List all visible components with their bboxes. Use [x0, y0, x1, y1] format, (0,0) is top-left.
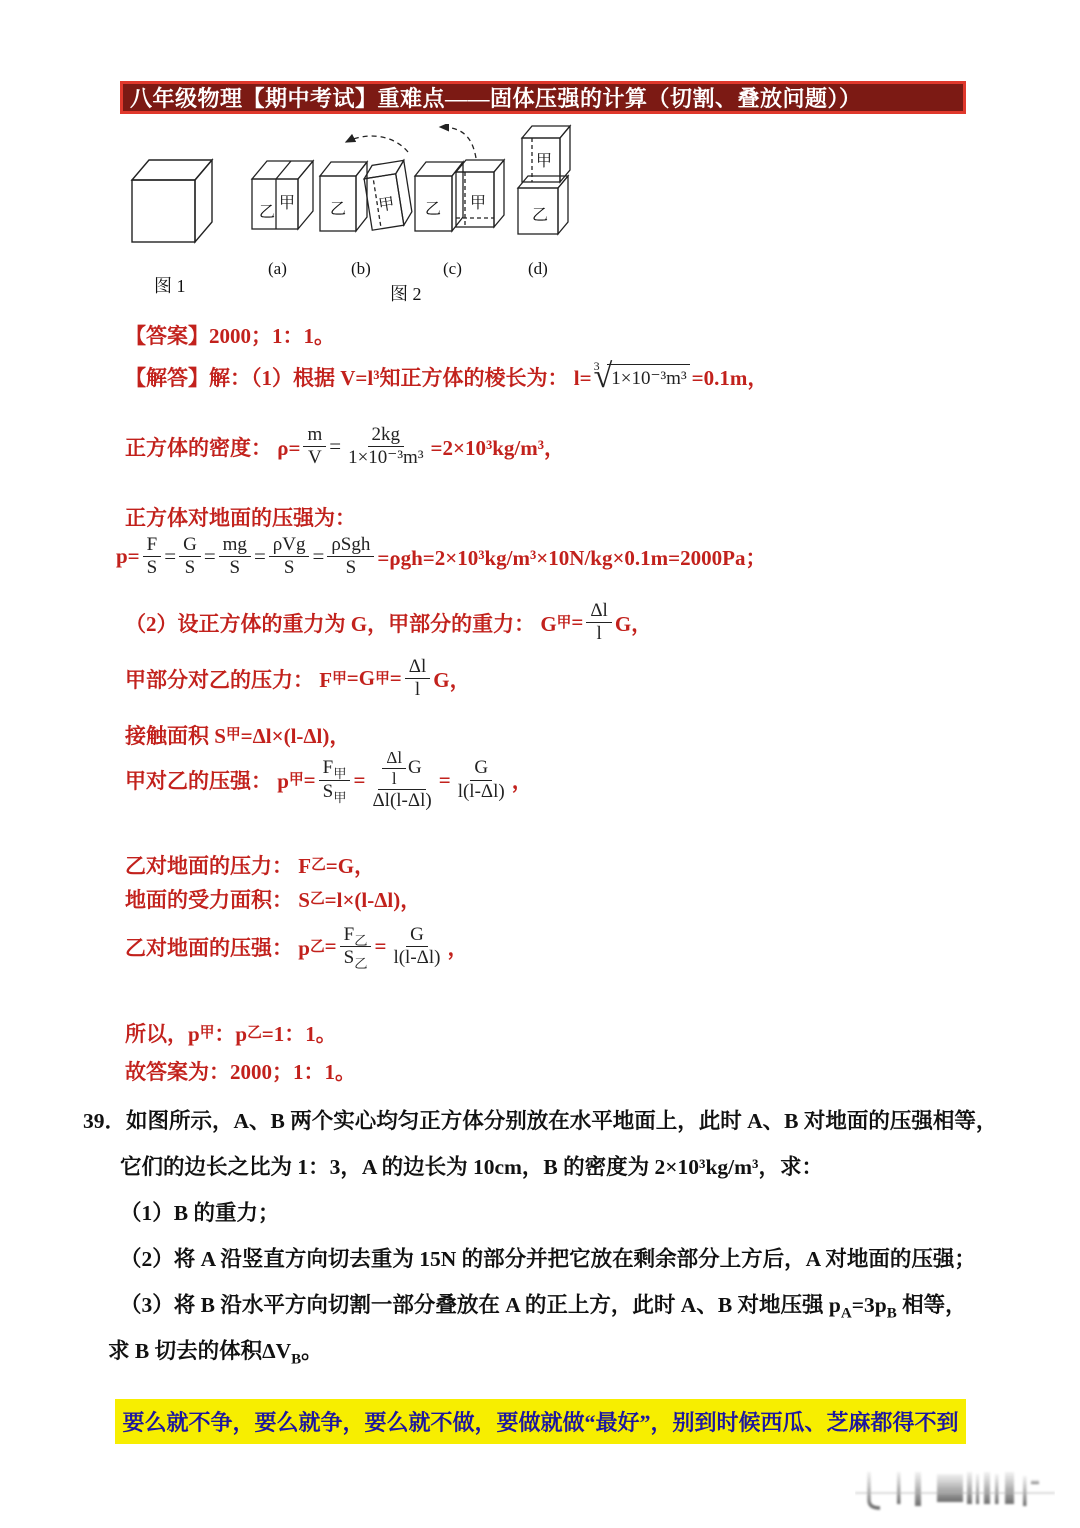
solution-line-13: 故答案为：2000；1：1。: [125, 1056, 356, 1086]
solution-line-11: 乙对地面的压强： p乙 = F乙S乙 = Gl(l-Δl) ，: [125, 924, 469, 970]
solution-line-4: p= FS = GS = mgS = ρVgS = ρSghS =ρgh=2×1…: [116, 534, 766, 580]
solution-text: 地面的受力面积： S: [125, 884, 310, 914]
title-banner: 八年级物理【期中考试】重难点——固体压强的计算（切割、叠放问题））: [120, 81, 966, 114]
fig2d-jia-label: 甲: [536, 152, 552, 170]
cube-root-expression: 3√1×10⁻³m³: [594, 360, 690, 394]
problem-39-q1: （1）B 的重力；: [120, 1190, 1000, 1236]
fig2a-sublabel: (a): [268, 259, 287, 278]
solution-text: 正方体的密度： ρ=: [125, 432, 300, 462]
fraction-F-S: FS: [143, 534, 162, 580]
motto-text: 要么就不争，要么就争，要么就不做，要做就做“最好”，别到时候西瓜、芝麻都得不到: [122, 1406, 958, 1437]
fraction-Fjia-Sjia: F甲S甲: [319, 757, 351, 803]
equals-sign: =: [390, 666, 402, 691]
solution-text: =l×(l-Δl)，: [325, 884, 422, 914]
problem-39: 39．如图所示，A、B 两个实心均匀正方体分别放在水平地面上，此时 A、B 对地…: [83, 1098, 1000, 1374]
equals-sign: =: [439, 768, 451, 793]
solution-line-2: 正方体的密度： ρ= mV = 2kg1×10⁻³m³ =2×10³kg/m³，: [125, 424, 565, 470]
solution-line-1: 【解答】解：（1）根据 V=l³知正方体的棱长为： l= 3√1×10⁻³m³ …: [125, 360, 768, 394]
solution-line-5: （2）设正方体的重力为 G，甲部分的重力： G甲 = Δll G，: [125, 600, 652, 646]
problem-39-statement: 39．如图所示，A、B 两个实心均匀正方体分别放在水平地面上，此时 A、B 对地…: [83, 1098, 1000, 1190]
fig2d-yi-label: 乙: [532, 207, 548, 224]
fraction-dl-l: Δll: [405, 656, 431, 702]
worksheet-page: 八年级物理【期中考试】重难点——固体压强的计算（切割、叠放问题）） 乙: [0, 0, 1080, 1528]
equals-sign: =: [329, 434, 341, 459]
fig1-caption: 图 1: [154, 276, 186, 296]
solution-line-6: 甲部分对乙的压力： F甲 =G甲 = Δll G，: [125, 656, 471, 702]
problem-number: 39．: [83, 1109, 126, 1133]
fig2a-yi-label: 乙: [259, 204, 275, 221]
equals-sign: =: [204, 544, 216, 569]
equals-sign: =: [312, 544, 324, 569]
solution-text: 接触面积 S: [125, 720, 226, 750]
fraction-mg-S: mgS: [219, 534, 251, 580]
fraction-G-over-l: Gl(l-Δl): [389, 924, 444, 970]
fraction-nested: ΔllGΔl(l-Δl): [368, 748, 435, 813]
fig2b-yi-label: 乙: [330, 201, 346, 218]
answer-value: 2000；1：1。: [209, 320, 335, 350]
solution-line-3: 正方体对地面的压强为：: [125, 502, 356, 532]
solution-text: =1：1。: [262, 1018, 337, 1048]
fig2c-sublabel: (c): [443, 259, 462, 278]
solution-text: =ρgh=2×10³kg/m³×10N/kg×0.1m=2000Pa；: [377, 542, 766, 572]
solution-text: ，: [512, 765, 533, 795]
solution-text: =0.1m，: [692, 362, 769, 392]
radicand: 1×10⁻³m³: [607, 364, 689, 390]
solution-line-7: 接触面积 S甲 =Δl×(l-Δl)，: [125, 720, 350, 750]
solution-text: （2）设正方体的重力为 G，甲部分的重力： G: [125, 608, 557, 638]
fig2-caption: 图 2: [390, 284, 422, 304]
cube-diagram: 乙 甲 乙 甲: [118, 124, 588, 314]
equals-sign: =: [353, 768, 365, 793]
solution-text: =G: [347, 666, 375, 691]
fig2c-jia-label: 甲: [470, 194, 486, 212]
problem-39-q3: （3）将 B 沿水平方向切割一部分叠放在 A 的正上方，此时 A、B 对地压强 …: [120, 1282, 1000, 1328]
solution-line-10: 地面的受力面积： S乙 =l×(l-Δl)，: [125, 884, 421, 914]
equals-sign: =: [571, 610, 583, 635]
solution-line-9: 乙对地面的压力： F乙 =G，: [125, 850, 375, 880]
solution-text: 【解答】解：（1）根据 V=l³知正方体的棱长为： l=: [125, 362, 592, 392]
equals-sign: =: [304, 768, 316, 793]
subscript-A: A: [841, 1305, 852, 1321]
fraction-2kg: 2kg1×10⁻³m³: [344, 424, 427, 470]
solution-text: 甲对乙的压强： p: [125, 765, 289, 795]
subscript-B: B: [291, 1351, 301, 1367]
fraction-rhoSgh-S: ρSghS: [327, 534, 374, 580]
solution-line-8: 甲对乙的压强： p甲 = F甲S甲 = ΔllGΔl(l-Δl) = Gl(l-…: [125, 748, 533, 813]
fig2d-sublabel: (d): [528, 259, 548, 278]
solution-text: p=: [116, 544, 140, 569]
solution-text: ：p: [214, 1018, 247, 1048]
solution-text: 故答案为：2000；1：1。: [125, 1056, 356, 1086]
fraction-G-S: GS: [179, 534, 201, 580]
fraction-dl-l: Δll: [586, 600, 612, 646]
equals-sign: =: [254, 544, 266, 569]
solution-text: 乙对地面的压力： F: [125, 850, 311, 880]
problem-39-q2: （2）将 A 沿竖直方向切去重为 15N 的部分并把它放在剩余部分上方后，A 对…: [120, 1236, 1000, 1282]
solution-text: 所以，p: [125, 1018, 200, 1048]
solution-text: ，: [448, 932, 469, 962]
solution-text: G，: [615, 608, 652, 638]
solution-line-12: 所以，p甲 ：p乙 =1：1。: [125, 1018, 337, 1048]
motto-banner: 要么就不争，要么就争，要么就不做，要做就做“最好”，别到时候西瓜、芝麻都得不到: [115, 1399, 966, 1444]
equals-sign: =: [164, 544, 176, 569]
subscript-B: B: [887, 1305, 897, 1321]
solution-text: =G，: [326, 850, 375, 880]
answer-line: 【答案】2000；1：1。: [125, 320, 335, 350]
solution-text: =2×10³kg/m³，: [431, 432, 566, 462]
fig2b-jia-label: 甲: [377, 195, 396, 215]
fraction-m-over-V: mV: [303, 424, 326, 470]
solution-text: 乙对地面的压强： p: [125, 932, 310, 962]
fig2a-jia-label: 甲: [279, 194, 295, 212]
problem-body: 如图所示，A、B 两个实心均匀正方体分别放在水平地面上，此时 A、B 对地面的压…: [120, 1109, 997, 1179]
solution-text: 甲部分对乙的压力： F: [125, 664, 332, 694]
fig1-cube: [132, 160, 212, 242]
page-title: 八年级物理【期中考试】重难点——固体压强的计算（切割、叠放问题））: [130, 82, 862, 113]
fraction-rhoVg-S: ρVgS: [269, 534, 310, 580]
solution-text: =Δl×(l-Δl)，: [241, 720, 351, 750]
problem-39-q3-cont: 求 B 切去的体积ΔVB。: [108, 1328, 1000, 1374]
fraction-Fyi-Syi: F乙S乙: [340, 924, 372, 970]
solution-text: G，: [433, 664, 470, 694]
fraction-G-over-l: Gl(l-Δl): [454, 757, 509, 803]
equals-sign: =: [325, 934, 337, 959]
answer-label: 【答案】: [125, 320, 209, 350]
solution-text: 正方体对地面的压强为：: [125, 502, 356, 532]
equals-sign: =: [374, 934, 386, 959]
watermark: [855, 1460, 1055, 1522]
fig2b-sublabel: (b): [351, 259, 371, 278]
figure-area: 乙 甲 乙 甲: [118, 124, 588, 314]
fig2c-yi-label: 乙: [425, 201, 441, 218]
